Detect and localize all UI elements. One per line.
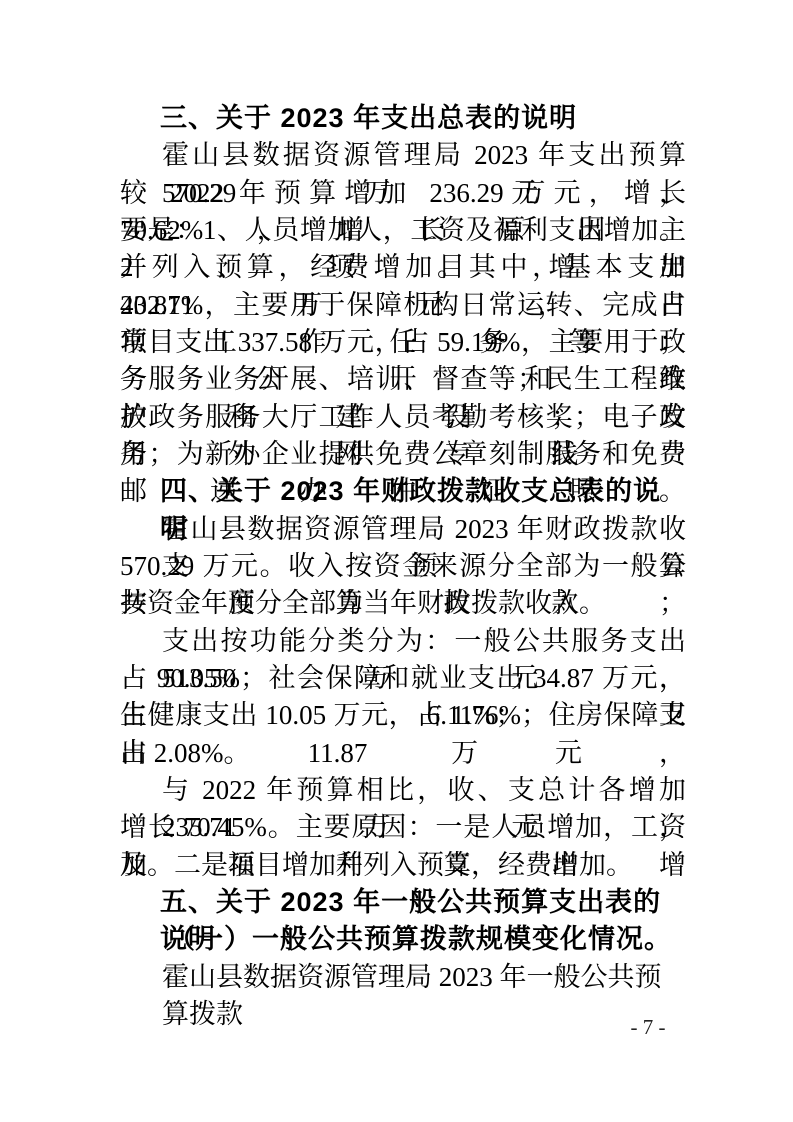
section-heading-3: 三、关于 2023 年支出总表的说明: [120, 100, 686, 137]
text-line: 要是：1、人员增加人，工资及福利支出增加。2、项目增加: [120, 212, 686, 249]
text-line: 用；为新办企业提供免费公章刻制服务和免费邮递办件证照。: [120, 436, 686, 473]
text-line: 霍山县数据资源管理局 2023 年支出预算 570.29 万元，: [120, 137, 686, 174]
section-heading-4: 四、关于 2023 年财政拨款收支总表的说明: [120, 473, 686, 510]
text-line: 较 2022 年预算增加 236.29 万元，增长 70.62%，增长原因主: [120, 175, 686, 212]
text-line: 40.81%，主要用于保障机构日常运转、完成日常工作任务等；: [120, 287, 686, 324]
text-line: 放政务服务大厅工作人员考勤考核奖；电子政务外网专线费: [120, 399, 686, 436]
sub-heading-1: （一）一般公共预算拨款规模变化情况。: [120, 921, 686, 958]
text-line: 务服务业务开展、培训、督查等；民生工程维护和建设；发: [120, 361, 686, 398]
text-line: 增长 70.45%。主要原因：一是人员增加，工资及福利支出增: [120, 809, 686, 846]
text-line: 570.29 万元。收入按资金来源分全部为一般公共预算拨款；: [120, 548, 686, 585]
text-line: 霍山县数据资源管理局 2023 年一般公共预算拨款: [120, 959, 686, 996]
document-page: 三、关于 2023 年支出总表的说明 霍山县数据资源管理局 2023 年支出预算…: [0, 0, 793, 1122]
text-line: 霍山县数据资源管理局 2023 年财政拨款收支预算: [120, 511, 686, 548]
text-line: 与 2022 年预算相比，收、支总计各增加 235.71 万元，: [120, 772, 686, 809]
text-line: 支出按功能分类分为：一般公共服务支出 513.50 万元，: [120, 623, 686, 660]
text-line: 项目支出 337.58 万元，占 59.19%，主要用于政务公开和政: [120, 324, 686, 361]
text-line: 加。二是项目增加并列入预算，经费增加。: [120, 847, 686, 884]
document-content: 三、关于 2023 年支出总表的说明 霍山县数据资源管理局 2023 年支出预算…: [120, 100, 686, 996]
text-line: 生健康支出 10.05 万元，占 1.76%；住房保障支出 11.87 万元，: [120, 697, 686, 734]
text-line: 占 90.05%；社会保障和就业支出 34.87 万元，占 6.11%；卫: [120, 660, 686, 697]
text-line: 按资金年度分全部为当年财政拨款收入。: [120, 585, 686, 622]
section-heading-5: 五、关于 2023 年一般公共预算支出表的说明: [120, 884, 686, 921]
page-number: - 7 -: [600, 1013, 696, 1041]
text-line: 并列入预算，经费增加。其中，基本支出 232.71 万元，占: [120, 249, 686, 286]
